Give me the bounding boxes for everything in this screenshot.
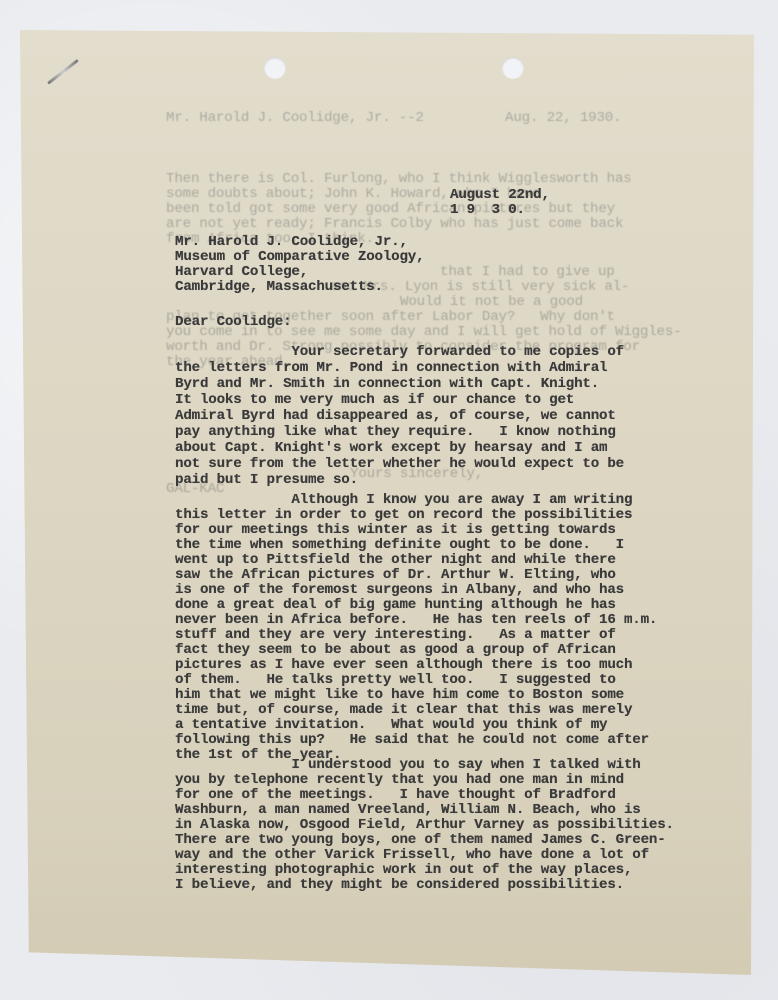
paragraph-line: the letters from Mr. Pond in connection … [175,361,607,377]
paragraph-line: Admiral Byrd had disappeared as, of cour… [175,409,616,425]
paragraph-line: paid but I presume so. [175,473,358,489]
paragraph-line: Your secretary forwarded to me copies of [175,345,624,361]
letter-body: August 22nd, 1 9 3 0. Mr. Harold J. Cool… [0,0,778,1000]
paragraph-line: about Capt. Knight's work except by hear… [175,441,607,457]
paragraph-line: Byrd and Mr. Smith in connection with Ca… [175,377,599,393]
recipient-address: Mr. Harold J. Coolidge, Jr., Museum of C… [0,78,778,172]
salutation: Dear Coolidge: [175,315,291,331]
paragraph-line: It looks to me very much as if our chanc… [175,393,574,409]
paragraph-2: Although I know you are away I am writin… [0,468,778,780]
date-line-2: 1 9 3 0. [450,203,525,219]
paragraph-1: Your secretary forwarded to me copies of… [0,250,778,422]
paragraph-line: I believe, and they might be considered … [175,878,624,894]
paragraph-line: pay anything like what they require. I k… [175,425,616,441]
address-line: Cambridge, Massachusetts. [175,280,383,296]
paragraph-line: not sure from the letter whether he woul… [175,457,624,473]
paragraph-3: I understood you to say when I talked wi… [0,826,778,998]
